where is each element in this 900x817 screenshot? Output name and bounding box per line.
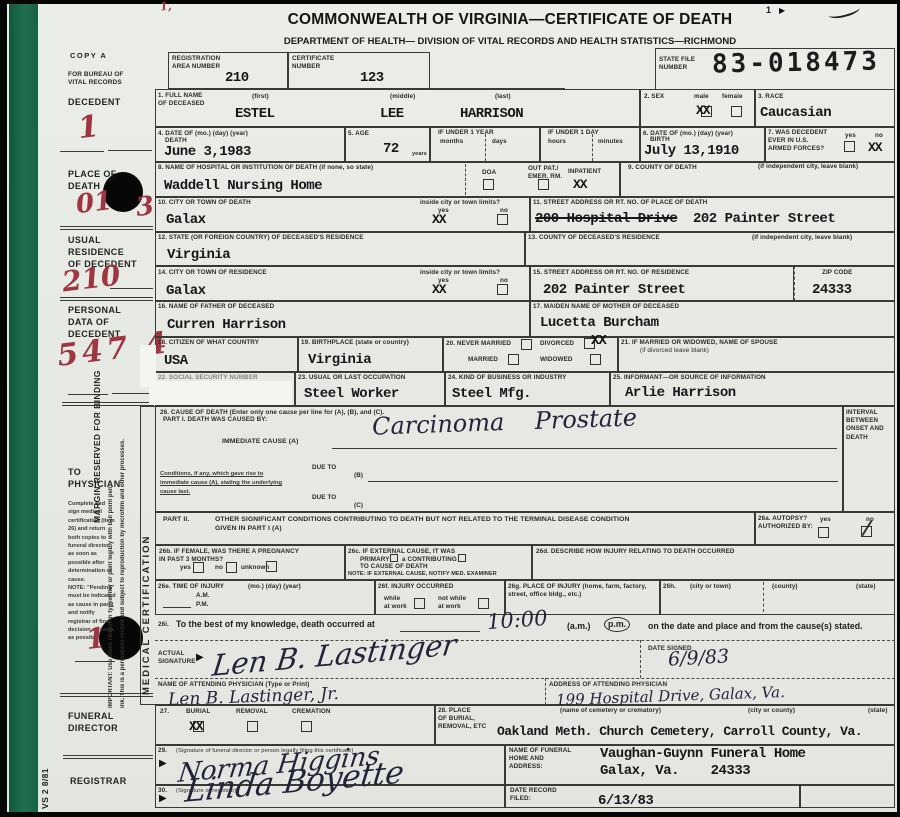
important-note-line2: ink. This is a permanent record and subj… bbox=[120, 288, 126, 708]
field-23-label: 23. USUAL OR LAST OCCUPATION bbox=[298, 374, 405, 382]
date-filed-label: DATE RECORD FILED: bbox=[510, 787, 557, 803]
hours-minutes-divider bbox=[592, 134, 593, 161]
residence-address-value: 202 Painter Street bbox=[543, 282, 685, 298]
field-26i-number: 26i. bbox=[158, 621, 169, 629]
field-5-label: 5. AGE bbox=[348, 130, 369, 138]
pen-mark-number: 1 bbox=[766, 5, 771, 15]
sidebar-rule bbox=[108, 150, 152, 151]
struck-address-value: 200 Hospital Drive bbox=[535, 211, 677, 227]
cause-a-line bbox=[332, 448, 837, 449]
certificate-number-label: CERTIFICATE NUMBER bbox=[292, 55, 334, 71]
am-option: (a.m.) bbox=[567, 621, 590, 631]
interval-label: INTERVAL BETWEEN ONSET AND DEATH bbox=[846, 409, 892, 442]
certify-text1: To the best of my knowledge, death occur… bbox=[176, 619, 375, 629]
time-blank-line bbox=[163, 607, 191, 608]
registrar-signature-pointer-icon: ▶ bbox=[159, 793, 167, 804]
father-name-value: Curren Harrison bbox=[167, 317, 286, 333]
pregnancy-no-checkbox bbox=[226, 562, 237, 573]
informant-value: Arlie Harrison bbox=[625, 385, 736, 401]
registration-area-label: REGISTRATION AREA NUMBER bbox=[172, 55, 220, 71]
red-corner-mark: 1, bbox=[159, 0, 172, 14]
citizen-value: USA bbox=[164, 353, 188, 369]
place-of-death-address-value: 202 Painter Street bbox=[693, 211, 835, 227]
days-label: days bbox=[492, 138, 507, 146]
margin-reserved-label: MARGIN RESERVED FOR BINDING bbox=[92, 298, 103, 523]
mother-name-value: Lucetta Burcham bbox=[540, 315, 659, 331]
city-of-death-value: Galax bbox=[166, 212, 206, 228]
field-8-label: 8. NAME OF HOSPITAL OR INSTITUTION OF DE… bbox=[158, 164, 373, 172]
date-of-death-value: June 3,1983 bbox=[164, 144, 251, 160]
sidebar-decedent-label: DECEDENT bbox=[68, 96, 121, 108]
residence-city-value: Galax bbox=[166, 283, 206, 299]
inpatient-label: INPATIENT bbox=[568, 168, 601, 176]
male-label: male bbox=[694, 93, 709, 101]
h-state-label: (state) bbox=[856, 583, 876, 591]
whiteout-patch bbox=[140, 345, 156, 387]
due-to-c-label: DUE TO bbox=[312, 494, 336, 502]
copy-a-label: COPY A bbox=[70, 51, 107, 61]
field-17-label: 17. MAIDEN NAME OF MOTHER OF DECEASED bbox=[533, 303, 679, 311]
actual-signature-label: ACTUAL SIGNATURE bbox=[158, 650, 196, 666]
middle-name-value: LEE bbox=[380, 106, 404, 122]
field-26h-label: 26h. bbox=[663, 583, 676, 591]
field-26e-label: 26e. TIME OF INJURY bbox=[158, 583, 224, 591]
at-work-label: while at work bbox=[384, 595, 407, 611]
sidebar-rule bbox=[110, 288, 153, 289]
field-21-note: (if divorced leave blank) bbox=[640, 347, 709, 355]
funeral-home-label: NAME OF FUNERAL HOME AND ADDRESS: bbox=[509, 747, 571, 772]
residence-yes-mark: XX bbox=[432, 282, 446, 297]
important-note-line1: IMPORTANT: Use black ribbon in typewrite… bbox=[108, 288, 114, 708]
date-signed-value: 6/9/83 bbox=[667, 645, 729, 670]
green-binding-strip bbox=[9, 4, 38, 812]
not-at-work-label: not while at work bbox=[438, 595, 466, 611]
field-2-label: 2. SEX bbox=[644, 93, 664, 101]
cemetery-value: Oakland Meth. Church Cemetery, Carroll C… bbox=[497, 724, 862, 739]
h-county-label: (county) bbox=[772, 583, 798, 591]
age-value: 72 bbox=[383, 141, 399, 157]
certificate-number-value: 123 bbox=[360, 70, 384, 86]
sub-middle-label: (middle) bbox=[390, 93, 415, 101]
state-file-value: 83-018473 bbox=[712, 47, 880, 80]
death-certificate-scan: 1, COMMONWEALTH OF VIRGINIA—CERTIFICATE … bbox=[0, 0, 900, 817]
forces-yes-label: yes bbox=[845, 132, 856, 140]
zip-value: 24333 bbox=[812, 282, 852, 298]
divorced-mark: XX bbox=[591, 333, 606, 349]
limits-no-checkbox bbox=[497, 214, 508, 225]
certificate-title: COMMONWEALTH OF VIRGINIA—CERTIFICATE OF … bbox=[230, 11, 790, 29]
field-21-label: 21. IF MARRIED OR WIDOWED, NAME OF SPOUS… bbox=[621, 339, 778, 347]
immediate-cause-label: IMMEDIATE CAUSE (A) bbox=[222, 438, 299, 447]
sidebar-rule bbox=[60, 151, 104, 152]
sidebar-divider bbox=[60, 226, 153, 230]
forces-no-mark: XX bbox=[868, 140, 882, 155]
field-25-label: 25. INFORMANT—OR SOURCE OF INFORMATION bbox=[613, 374, 766, 382]
due-to-b-paren: (B) bbox=[354, 472, 363, 480]
sidebar-divider bbox=[60, 297, 153, 301]
field-15-label: 15. STREET ADDRESS OR RT. NO. OF RESIDEN… bbox=[533, 269, 689, 277]
field-28-sub3: (state) bbox=[868, 707, 888, 715]
field-20-label: 20. NEVER MARRIED bbox=[446, 340, 511, 348]
removal-checkbox bbox=[247, 721, 258, 732]
am-label: A.M. bbox=[196, 592, 210, 600]
pen-mark-arrow-icon: ▶ bbox=[779, 6, 785, 15]
forces-no-label: no bbox=[875, 132, 883, 140]
field-27-number: 27. bbox=[160, 708, 169, 716]
pm-option-circled: p.m. bbox=[604, 617, 630, 632]
widowed-label: WIDOWED bbox=[540, 356, 573, 364]
limits-label-residence: inside city or town limits? bbox=[420, 269, 500, 277]
hours-label: hours bbox=[548, 138, 566, 146]
field-28-label: 28. PLACE OF BURIAL, REMOVAL, ETC bbox=[438, 707, 486, 732]
part-2-text: OTHER SIGNIFICANT CONDITIONS CONTRIBUTIN… bbox=[215, 516, 635, 534]
at-work-checkbox bbox=[414, 598, 425, 609]
residence-no-checkbox bbox=[497, 284, 508, 295]
age-unit-label: years bbox=[412, 151, 427, 158]
field-9-label: 9. COUNTY OF DEATH bbox=[628, 164, 697, 172]
not-at-work-checkbox bbox=[478, 598, 489, 609]
time-of-death-value: 10:00 bbox=[486, 606, 548, 634]
removal-label: REMOVAL bbox=[236, 708, 268, 716]
funeral-home-address: Galax, Va. 24333 bbox=[600, 763, 750, 779]
signature-pointer-icon: ▶ bbox=[196, 652, 204, 663]
place-code-a: 01 bbox=[74, 186, 114, 220]
autopsy-yes-checkbox bbox=[818, 527, 829, 538]
autopsy-yes-label: yes bbox=[820, 516, 831, 524]
sidebar-registrar-label: REGISTRAR bbox=[70, 775, 127, 787]
burial-label: BURIAL bbox=[186, 708, 210, 716]
whiteout-patch bbox=[149, 381, 292, 405]
field-29-number: 29. bbox=[158, 747, 167, 755]
field-26a-label2: AUTHORIZED BY: bbox=[758, 523, 813, 531]
field-26a-label: 26a. AUTOPSY? bbox=[758, 515, 807, 523]
field-26f-label: 26f. INJURY OCCURRED bbox=[378, 583, 453, 591]
doa-checkbox bbox=[483, 179, 494, 190]
occupation-value: Steel Worker bbox=[304, 386, 399, 402]
h-city-label: (city or town) bbox=[690, 583, 731, 591]
cremation-label: CREMATION bbox=[292, 708, 331, 716]
limits-yes-mark: XX bbox=[432, 212, 446, 227]
inpatient-mark: XX bbox=[573, 177, 587, 192]
field-24-label: 24. KIND OF BUSINESS OR INDUSTRY bbox=[448, 374, 566, 382]
female-label: female bbox=[722, 93, 743, 101]
field-13-note: (if independent city, leave blank) bbox=[752, 234, 852, 242]
place-code-b: 3 bbox=[134, 191, 156, 223]
months-label: months bbox=[440, 138, 463, 146]
zip-label: ZIP CODE bbox=[822, 269, 852, 277]
never-married-checkbox bbox=[521, 339, 532, 350]
last-name-value: HARRISON bbox=[460, 106, 523, 122]
pregnancy-no-label: no bbox=[215, 564, 223, 572]
primary-checkbox bbox=[390, 554, 398, 562]
widowed-checkbox bbox=[590, 354, 601, 365]
due-to-c-paren: (C) bbox=[354, 502, 363, 510]
address-divider bbox=[545, 678, 546, 705]
married-checkbox bbox=[508, 354, 519, 365]
hospital-value: Waddell Nursing Home bbox=[164, 178, 322, 194]
burial-mark: XX bbox=[189, 719, 203, 734]
field-28-sub1: (name of cemetery or crematory) bbox=[560, 707, 661, 715]
limits-label-death: inside city or town limits? bbox=[420, 199, 500, 207]
field-10-label: 10. CITY OR TOWN OF DEATH bbox=[158, 199, 251, 207]
pregnancy-yes-checkbox bbox=[193, 562, 204, 573]
field-18-label: 18. CITIZEN OF WHAT COUNTRY bbox=[158, 339, 259, 347]
married-label: MARRIED bbox=[468, 356, 498, 364]
field-14-label: 14. CITY OR TOWN OF RESIDENCE bbox=[158, 269, 267, 277]
sidebar-funeral-label: FUNERAL DIRECTOR bbox=[68, 710, 118, 734]
empty-end-box bbox=[800, 785, 895, 808]
medical-code-handwritten: 1 bbox=[84, 621, 107, 656]
field-7-label: 7. WAS DECEDENT EVER IN U.S. ARMED FORCE… bbox=[768, 129, 827, 154]
forces-yes-checkbox bbox=[844, 141, 855, 152]
minutes-label: minutes bbox=[598, 138, 623, 146]
external-cause-note: NOTE: IF EXTERNAL CAUSE, NOTIFY MED. EXA… bbox=[348, 571, 497, 578]
to-cause-label: TO CAUSE OF DEATH bbox=[360, 563, 428, 571]
due-to-b-label: DUE TO bbox=[312, 464, 336, 472]
conditions-note: Conditions, if any, which gave rise to i… bbox=[160, 470, 292, 497]
state-file-label: STATE FILE NUMBER bbox=[659, 56, 695, 72]
sidebar-rule bbox=[112, 393, 152, 394]
field-26c-label: 26c. IF EXTERNAL CAUSE, IT WAS bbox=[348, 548, 455, 556]
part-2-label: PART II. bbox=[163, 516, 189, 525]
field-16-label: 16. NAME OF FATHER OF DECEASED bbox=[158, 303, 274, 311]
male-checkbox-mark: XX bbox=[696, 103, 710, 118]
field-1-label: 1. FULL NAME OF DECEASED bbox=[158, 92, 205, 108]
registration-area-value: 210 bbox=[225, 70, 249, 86]
field-26g-label: 26g. PLACE OF INJURY (home, farm, factor… bbox=[508, 583, 653, 599]
field-19-label: 19. BIRTHPLACE (state or country) bbox=[301, 339, 409, 347]
bureau-label: FOR BUREAU OF VITAL RECORDS bbox=[68, 71, 123, 88]
pm-label: P.M. bbox=[196, 601, 209, 609]
funeral-home-name: Vaughan-Guynn Funeral Home bbox=[600, 746, 805, 762]
cause-b-line bbox=[368, 481, 838, 482]
date-signed-divider bbox=[640, 640, 641, 678]
birthplace-value: Virginia bbox=[308, 352, 371, 368]
field-12-label: 12. STATE (OR FOREIGN COUNTRY) OF DECEAS… bbox=[158, 234, 364, 242]
sub-last-label: (last) bbox=[495, 93, 511, 101]
field-26d-label: 26d. DESCRIBE HOW INJURY RELATING TO DEA… bbox=[536, 548, 735, 556]
decedent-code-handwritten: 1 bbox=[76, 109, 101, 146]
divorced-label: DIVORCED bbox=[540, 340, 574, 348]
dashed-rule bbox=[155, 678, 895, 679]
director-signature-pointer-icon: ▶ bbox=[159, 758, 167, 769]
field-13-label: 13. COUNTY OF DECEASED'S RESIDENCE bbox=[528, 234, 660, 242]
female-checkbox bbox=[731, 106, 742, 117]
dashed-rule bbox=[155, 640, 895, 641]
field-9-note: (if independent city, leave blank) bbox=[758, 163, 858, 171]
sidebar-divider bbox=[63, 755, 153, 759]
date-filed-value: 6/13/83 bbox=[598, 793, 653, 809]
h-divider bbox=[763, 582, 764, 612]
residence-state-value: Virginia bbox=[167, 247, 230, 263]
contributing-checkbox bbox=[458, 554, 466, 562]
certify-text2: on the date and place and from the cause… bbox=[648, 621, 863, 631]
field-3-label: 3. RACE bbox=[758, 93, 784, 101]
field-28-sub2: (city or county) bbox=[748, 707, 795, 715]
part-1-label: PART I. DEATH WAS CAUSED BY: bbox=[163, 416, 267, 424]
pregnancy-unknown-checkbox bbox=[266, 561, 277, 572]
certificate-subtitle: DEPARTMENT OF HEALTH— DIVISION OF VITAL … bbox=[230, 36, 790, 47]
months-days-divider bbox=[485, 134, 486, 161]
date-of-birth-value: July 13,1910 bbox=[644, 143, 739, 159]
cremation-checkbox bbox=[301, 721, 312, 732]
race-value: Caucasian bbox=[760, 105, 831, 121]
first-name-value: ESTEL bbox=[235, 106, 275, 122]
industry-value: Steel Mfg. bbox=[452, 386, 531, 402]
sub-first-label: (first) bbox=[252, 93, 269, 101]
field-26e-subs: (mo.) (day) (year) bbox=[248, 583, 301, 591]
doa-label: DOA bbox=[482, 169, 496, 177]
form-number-label: VS 2 8/81 bbox=[40, 757, 51, 809]
hospital-checkbox-divider bbox=[465, 164, 466, 195]
field-11-label: 11. STREET ADDRESS OR RT. NO. OF PLACE O… bbox=[533, 199, 707, 207]
outpatient-checkbox bbox=[538, 179, 549, 190]
pregnancy-yes-label: yes bbox=[180, 564, 191, 572]
